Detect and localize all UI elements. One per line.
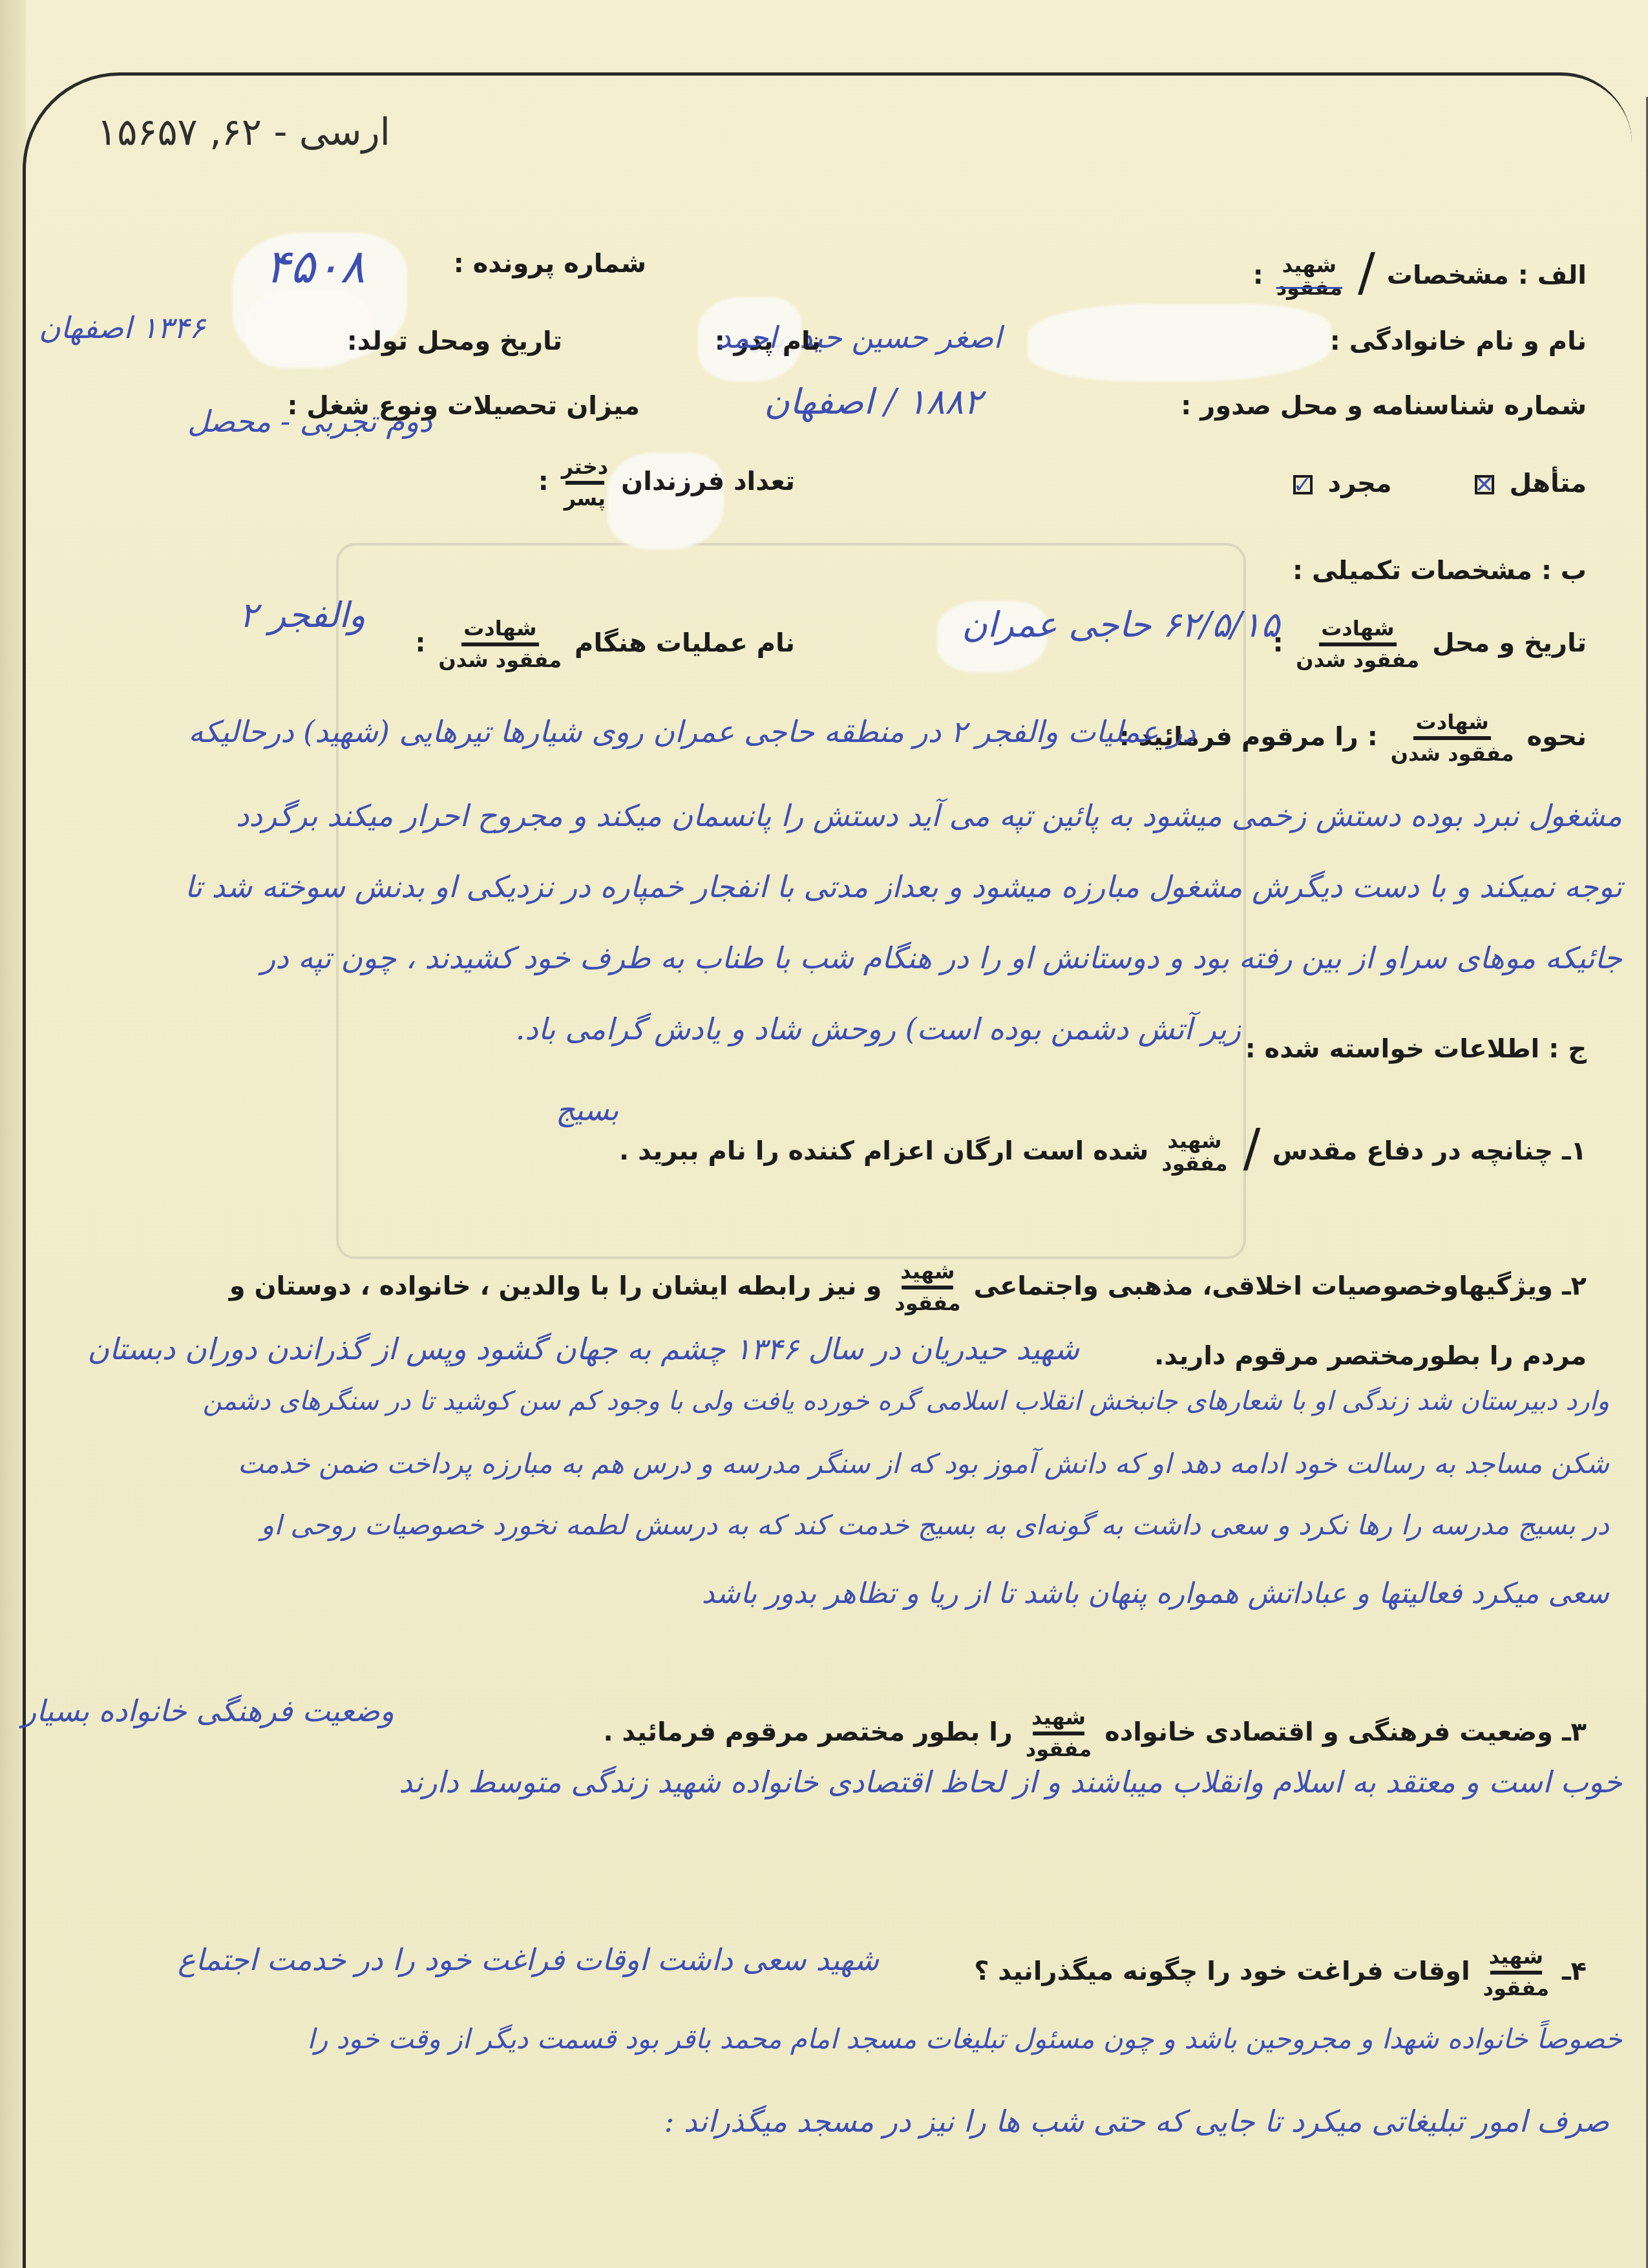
id-label: شماره شناسنامه و محل صدور :: [1181, 391, 1587, 421]
q3-answer-line: وضعیت فرهنگی خانواده بسیار: [22, 1693, 394, 1728]
manner-line: مشغول نبرد بوده دستش زخمی میشود به پائین…: [236, 798, 1622, 833]
operation-fraction: شهادت مفقود شدن: [438, 617, 562, 672]
q2-answer-line: سعی میکرد فعالیتها و عباداتش همواره پنها…: [702, 1577, 1609, 1610]
daughters-label: دختر: [562, 456, 608, 478]
frac-martyr: شهید: [1031, 1706, 1086, 1729]
frac-missing: مفقود: [1026, 1738, 1092, 1761]
q3-text-start: ۳ـ وضعیت فرهنگی و اقتصادی خانواده: [1104, 1717, 1587, 1747]
section-a-label: الف : مشخصات: [1387, 260, 1587, 290]
children-label: تعداد فرزندان: [621, 467, 795, 496]
manner-line: در عملیات والفجر ۲ در منطقه حاجی عمران ر…: [189, 714, 1196, 749]
martyrdom-fraction: شهادت مفقود شدن: [1296, 617, 1419, 672]
frac-missing: مفقود: [894, 1292, 960, 1315]
q2-text-start: ۲ـ ویژگیهاوخصوصیات اخلاقی، مذهبی واجتماع…: [974, 1271, 1587, 1301]
document-page: ۱۵۶۵۷ ,۶۲ - ارسی شماره پرونده : ۴۵۰۸ الف…: [0, 0, 1648, 2268]
q3-text-end: را بطور مختصر مرقوم فرمائید .: [603, 1717, 1012, 1747]
birth-value: ۱۳۴۶ اصفهان: [39, 310, 206, 345]
q4-answer-line: شهید سعی داشت اوقات فراغت خود را در خدمت…: [178, 1942, 879, 1977]
manner-fraction: شهادت مفقود شدن: [1391, 711, 1514, 765]
frac-martyrdom: شهادت: [1321, 617, 1394, 640]
frac-martyrdom: شهادت: [463, 617, 536, 640]
q3-fraction: شهید مفقود: [1026, 1706, 1092, 1761]
q4-answer-line: خصوصاً خانواده شهدا و مجروحین باشد و چون…: [307, 2023, 1622, 2055]
date-place-value: ۶۲/۵/۱۵ حاجی عمران: [962, 604, 1280, 645]
q1-text-start: ۱ـ چنانچه در دفاع مقدس: [1272, 1136, 1587, 1166]
children-row: تعداد فرزندان دختر پسر :: [538, 456, 795, 510]
question-4: ۴ـ شهید مفقود اوقات فراغت خود را چگونه م…: [974, 1945, 1587, 2000]
q2-answer-line: در بسیج مدرسه را رها نکرد و سعی داشت به …: [261, 1509, 1609, 1541]
file-number-value: ۴۵۰۸: [265, 239, 365, 293]
check-mark-icon: ✕: [1474, 474, 1495, 496]
children-fraction: دختر پسر: [562, 456, 608, 510]
q4-answer-line: صرف امور تبلیغاتی میکرد تا جایی که حتی ش…: [664, 2104, 1609, 2139]
marital-row: متأهل ✕ مجرد ✓: [1287, 469, 1587, 498]
q2-text-end: و نیز رابطه ایشان را با والدین ، خانواده…: [229, 1271, 882, 1301]
married-label: متأهل: [1509, 469, 1587, 498]
manner-line: جائیکه موهای سراو از بین رفته بود و دوست…: [261, 940, 1622, 975]
whiteout: [1028, 304, 1331, 381]
manner-label: نحوه: [1527, 722, 1587, 752]
section-a-heading: الف : مشخصات / شهید مفقود :: [1253, 236, 1587, 299]
name-label: نام و نام خانوادگی :: [1330, 326, 1587, 356]
manner-line: زیر آتش دشمن بوده است) روحش شاد و یادش گ…: [516, 1012, 1241, 1046]
frac-missing: مفقود: [1483, 1977, 1549, 2000]
colon: :: [1253, 260, 1263, 290]
frac-martyr: شهید: [1167, 1130, 1221, 1152]
birth-label: تاریخ ومحل تولد:: [347, 326, 562, 356]
operation-label: نام عملیات هنگام: [575, 628, 795, 658]
question-2: ۲ـ ویژگیهاوخصوصیات اخلاقی، مذهبی واجتماع…: [229, 1260, 1587, 1315]
status-fraction: شهید مفقود: [1276, 254, 1342, 299]
scan-edge: [0, 0, 26, 2268]
status-missing: مفقود: [1276, 277, 1342, 299]
q4-text-end: اوقات فراغت خود را چگونه میگذرانید ؟: [974, 1956, 1470, 1986]
question-1: ۱ـ چنانچه در دفاع مقدس / شهید مفقود شده …: [619, 1112, 1587, 1175]
q2-answer-line: شهید حیدریان در سال ۱۳۴۶ چشم به جهان گشو…: [87, 1331, 1079, 1366]
question-2-line2: مردم را بطورمختصر مرقوم دارید.: [1154, 1341, 1587, 1371]
frac-missing: مفقود شدن: [438, 649, 562, 672]
id-value: ۱۸۸۲ / اصفهان: [764, 381, 982, 422]
date-place-row: تاریخ و محل شهادت مفقود شدن :: [1273, 617, 1587, 672]
frac-martyr: شهید: [1489, 1945, 1543, 1968]
q4-fraction: شهید مفقود: [1483, 1945, 1549, 2000]
date-place-label: تاریخ و محل: [1432, 628, 1587, 658]
q1-fraction: شهید مفقود: [1161, 1130, 1227, 1175]
q1-text-end: شده است ارگان اعزام کننده را نام ببرید .: [619, 1136, 1148, 1166]
frac-missing: مفقود: [1161, 1152, 1227, 1175]
sons-label: پسر: [564, 487, 606, 510]
q1-answer: بسیج: [556, 1092, 618, 1127]
section-b-heading: ب : مشخصات تکمیلی :: [1293, 556, 1587, 586]
q2-fraction: شهید مفقود: [894, 1260, 960, 1315]
frac-missing: مفقود شدن: [1296, 649, 1419, 672]
slash: /: [1358, 242, 1375, 302]
frac-missing: مفقود شدن: [1391, 743, 1514, 765]
slash: /: [1243, 1118, 1261, 1178]
married-checkbox[interactable]: ✕: [1475, 475, 1494, 494]
education-value: دوم تجربی - محصل: [187, 404, 432, 439]
single-checkbox[interactable]: ✓: [1293, 475, 1313, 494]
question-3: ۳ـ وضعیت فرهنگی و اقتصادی خانواده شهید م…: [603, 1706, 1587, 1761]
check-mark-icon: ✓: [1292, 474, 1314, 496]
file-number-label: شماره پرونده :: [454, 249, 646, 279]
top-reference-number: ۱۵۶۵۷ ,۶۲ - ارسی: [97, 110, 390, 154]
status-martyr: شهید: [1282, 254, 1336, 277]
frac-martyr: شهید: [900, 1260, 955, 1283]
q2-answer-line: وارد دبیرستان شد زندگی او با شعارهای جان…: [203, 1386, 1609, 1416]
operation-row: نام عملیات هنگام شهادت مفقود شدن :: [415, 617, 795, 672]
manner-line: توجه نمیکند و با دست دیگرش مشغول مبارزه …: [185, 869, 1622, 904]
father-name-value: احمد: [717, 320, 777, 355]
single-label: مجرد: [1328, 469, 1392, 498]
section-c-heading: ج : اطلاعات خواسته شده :: [1245, 1034, 1587, 1064]
q2-answer-line: شکن مساجد به رسالت خود ادامه دهد او که د…: [238, 1448, 1609, 1479]
q4-number: ۴ـ: [1562, 1956, 1587, 1986]
q3-answer-line: خوب است و معتقد به اسلام وانقلاب میباشند…: [399, 1765, 1622, 1799]
operation-value: والفجر ۲: [239, 595, 366, 635]
frac-martyrdom: شهادت: [1416, 711, 1489, 734]
